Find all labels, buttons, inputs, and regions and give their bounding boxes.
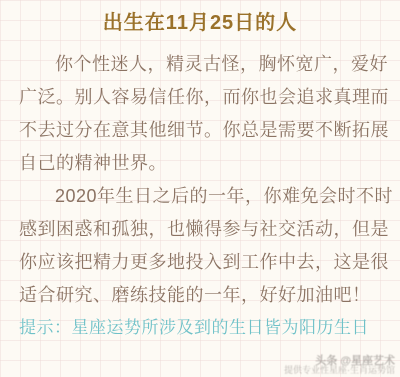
body-line: 适合研究、磨练技能的一年，好好加油吧！ bbox=[19, 279, 381, 312]
page-title: 出生在11月25日的人 bbox=[0, 11, 400, 35]
watermark: 头条 @星座艺术 提供专业性星座·生肖运势馆 bbox=[284, 356, 395, 376]
body-line: 感到困惑和孤独，也懒得参与社交活动，但是 bbox=[19, 213, 381, 246]
body-line: 广泛。别人容易信任你，而你也会追求真理而 bbox=[19, 81, 381, 114]
body-line: 自己的精神世界。 bbox=[19, 147, 381, 180]
horoscope-body: 你个性迷人，精灵古怪，胸怀宽广，爱好 广泛。别人容易信任你，而你也会追求真理而 … bbox=[0, 48, 400, 312]
horoscope-card: 出生在11月25日的人 你个性迷人，精灵古怪，胸怀宽广，爱好 广泛。别人容易信任… bbox=[0, 0, 400, 377]
hint-text: 提示：星座运势所涉及到的生日皆为阳历生日 bbox=[0, 316, 400, 340]
watermark-subtitle-text: 提供专业性星座·生肖运势馆 bbox=[284, 365, 395, 376]
body-line: 2020年生日之后的一年，你难免会时不时 bbox=[19, 180, 381, 213]
body-line: 你个性迷人，精灵古怪，胸怀宽广，爱好 bbox=[19, 48, 381, 81]
body-line: 不去过分在意其他细节。你总是需要不断拓展 bbox=[19, 114, 381, 147]
body-line: 你应该把精力更多地投入到工作中去，这是很 bbox=[19, 246, 381, 279]
